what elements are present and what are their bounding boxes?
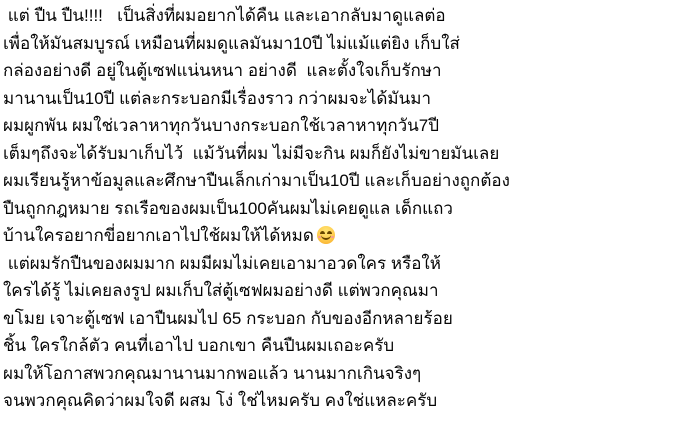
post-line: แต่ผมรักปืนของผมมาก ผมมีผมไม่เคยเอามาอวด… xyxy=(3,250,692,278)
post-content: แต่ ปืน ปืน!!!! เป็นสิ่งที่ผมอยากได้คืน … xyxy=(0,0,700,415)
post-line: ผมผูกพัน ผมใช่เวลาหาทุกวันบางกระบอกใช้เว… xyxy=(3,112,692,140)
post-line: เต็มๆถึงจะได้รับมาเก็บไว้ แม้วันที่ผม ไม… xyxy=(3,140,692,168)
post-line: จนพวกคุณคิดว่าผมใจดี ผสม โง่ ใช่ไหมครับ … xyxy=(3,387,692,415)
post-line: ขโมย เจาะตู้เซฟ เอาปืนผมไป 65 กระบอก กับ… xyxy=(3,305,692,333)
emoji-mouth xyxy=(321,234,331,240)
post-line: ชิ้น ใครใกล้ตัว คนที่เอาไป บอกเขา คืนปืน… xyxy=(3,332,692,360)
page: { "page": { "background": "#ffffff", "te… xyxy=(0,0,700,424)
emoji-cheek-right xyxy=(331,236,334,238)
post-line: ผมให้โอกาสพวกคุณมานานมากพอแล้ว นานมากเกิ… xyxy=(3,360,692,388)
post-line: เพื่อให้มันสมบูรณ์ เหมือนที่ผมดูแลมันมา1… xyxy=(3,30,692,58)
post-line: บ้านใครอยากขี่อยากเอาไปใช้ผมให้ได้หมด xyxy=(3,222,692,250)
post-line: มานานเป็น10ปี แต่ละกระบอกมีเรื่องราว กว่… xyxy=(3,85,692,113)
post-line: ใครได้รู้ ไม่เคยลงรูป ผมเก็บใส่ตู้เซฟผมอ… xyxy=(3,277,692,305)
post-line: ผมเรียนรู้หาข้อมูลและศึกษาปืนเล็กเก่ามาเ… xyxy=(3,167,692,195)
post-line: แต่ ปืน ปืน!!!! เป็นสิ่งที่ผมอยากได้คืน … xyxy=(3,2,692,30)
smiling-face-with-smiling-eyes-emoji xyxy=(317,226,335,244)
post-line: กล่องอย่างดี อยู่ในตู้เซฟแน่นหนา อย่างดี… xyxy=(3,57,692,85)
post-line: ปืนถูกกฎหมาย รถเรือของผมเป็น100คันผมไม่เ… xyxy=(3,195,692,223)
